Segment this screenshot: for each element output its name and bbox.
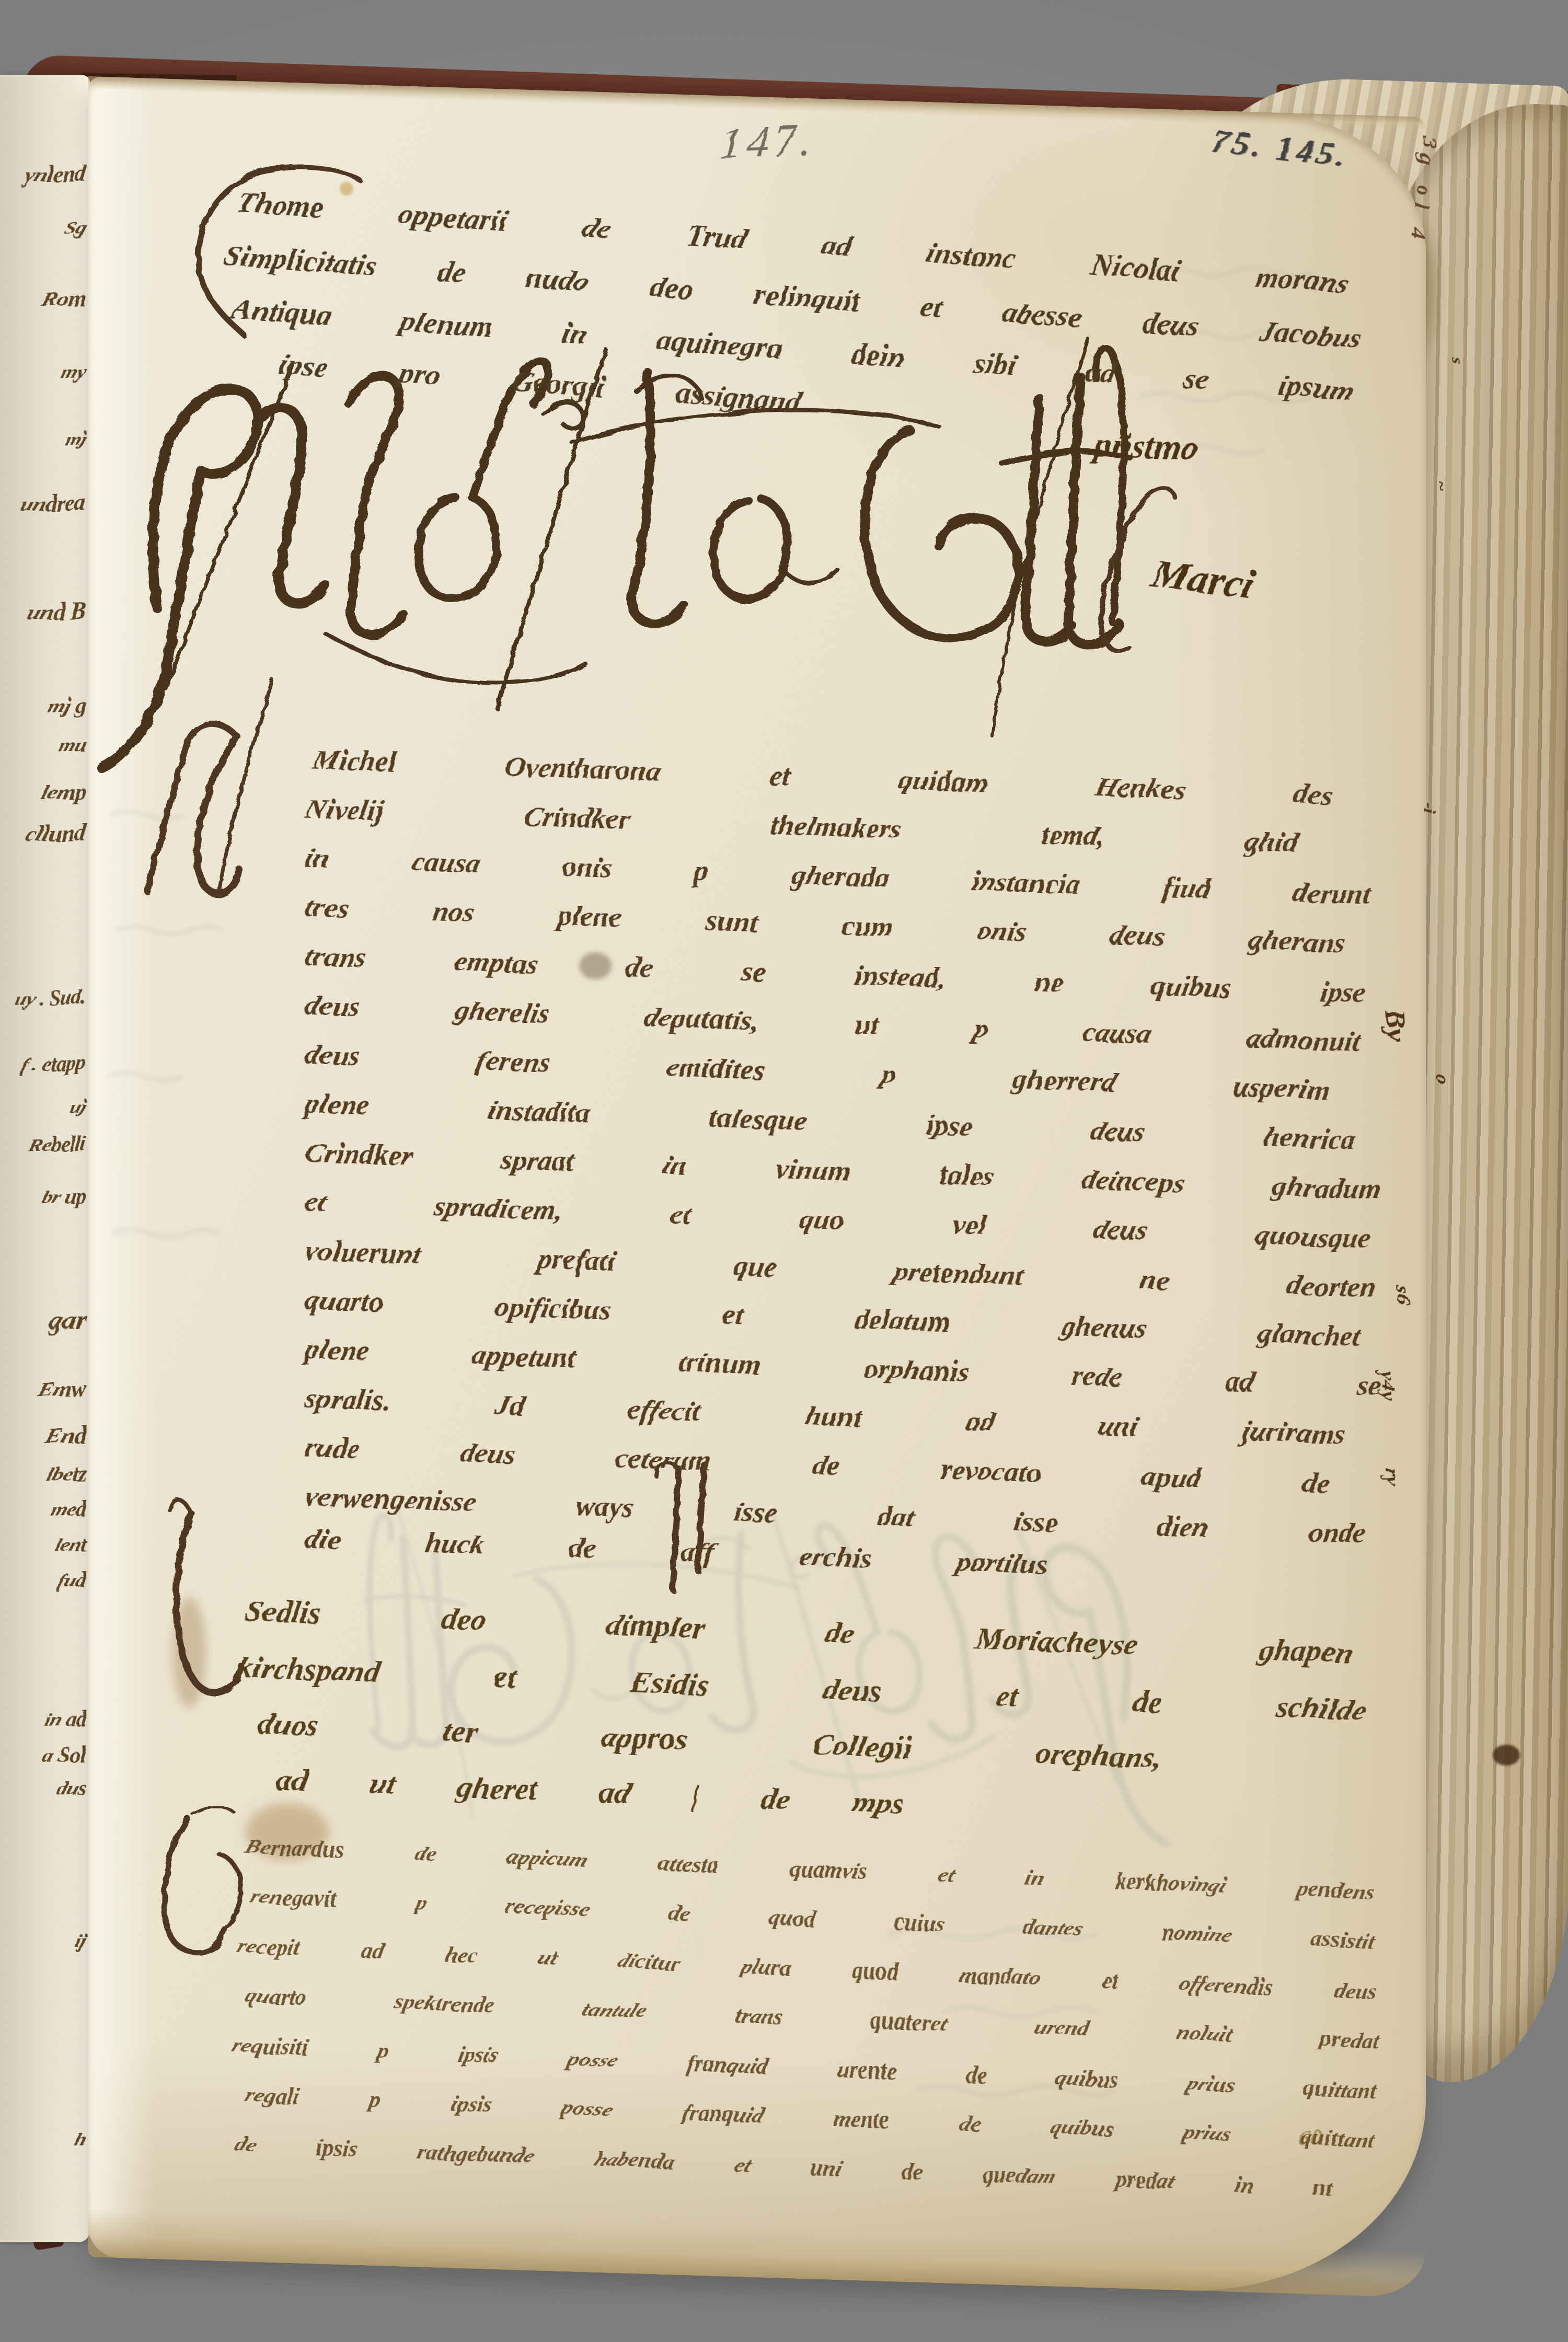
page-fragment: br up xyxy=(41,1185,87,1208)
page-fragment: End xyxy=(44,1423,87,1449)
facing-page: ynlend Sg Rom my mj undrea und B mj g mu… xyxy=(0,75,90,2242)
edge-mark: o xyxy=(1429,1074,1455,1086)
page-fragment: mj xyxy=(65,429,87,450)
stain xyxy=(172,1597,206,1708)
page-fragment: my xyxy=(60,361,87,383)
page-fragment: cllund xyxy=(25,821,87,847)
edge-mark: ~ xyxy=(1430,480,1452,492)
page-fragment: h xyxy=(73,2129,87,2151)
page-fragment: lbetz xyxy=(45,1463,87,1486)
page-fragment: med xyxy=(50,1498,87,1520)
page-fragment: a Sol xyxy=(41,1744,87,1767)
page-fragment: mj g xyxy=(47,695,87,718)
page-fragment: lent xyxy=(54,1534,87,1556)
page-fragment: lemp xyxy=(40,780,87,804)
page-fragment: fud xyxy=(57,1570,87,1591)
edge-mark: s6 xyxy=(1389,1285,1415,1306)
page-fragment: undrea xyxy=(20,491,87,517)
page-fragment: gar xyxy=(48,1306,88,1335)
ink-blot xyxy=(1493,1745,1520,1766)
edge-mark: -i xyxy=(1419,802,1439,814)
page-fragment: ij xyxy=(74,1931,87,1952)
edge-mark: y4y xyxy=(1375,1370,1402,1401)
margin-date-note-line: pñstmo xyxy=(1092,428,1202,466)
page-fragment: dus xyxy=(56,1778,87,1799)
page-fragment: uj xyxy=(69,1097,87,1117)
page-fragment: Rebelli xyxy=(28,1133,87,1156)
page-fragment: Emw xyxy=(37,1377,87,1401)
page-fragment: ynlend xyxy=(24,162,87,187)
page-fragment: Rom xyxy=(41,286,87,311)
folio-number: 147. xyxy=(719,118,817,166)
page-fragment: uy . Sud. xyxy=(14,987,87,1010)
page-fragment: f . etapp xyxy=(20,1053,87,1076)
page-fragment: in ad xyxy=(43,1709,87,1731)
page-fragment: und B xyxy=(26,599,87,625)
page-fragment: mu xyxy=(57,734,87,756)
page-fragment: Sg xyxy=(63,217,87,239)
edge-mark: s xyxy=(1447,356,1467,365)
manuscript-photo: ynlend Sg Rom my mj undrea und B mj g mu… xyxy=(0,0,1568,2342)
edge-mark: ry xyxy=(1379,1468,1405,1487)
edge-mark: By xyxy=(1379,1009,1413,1042)
